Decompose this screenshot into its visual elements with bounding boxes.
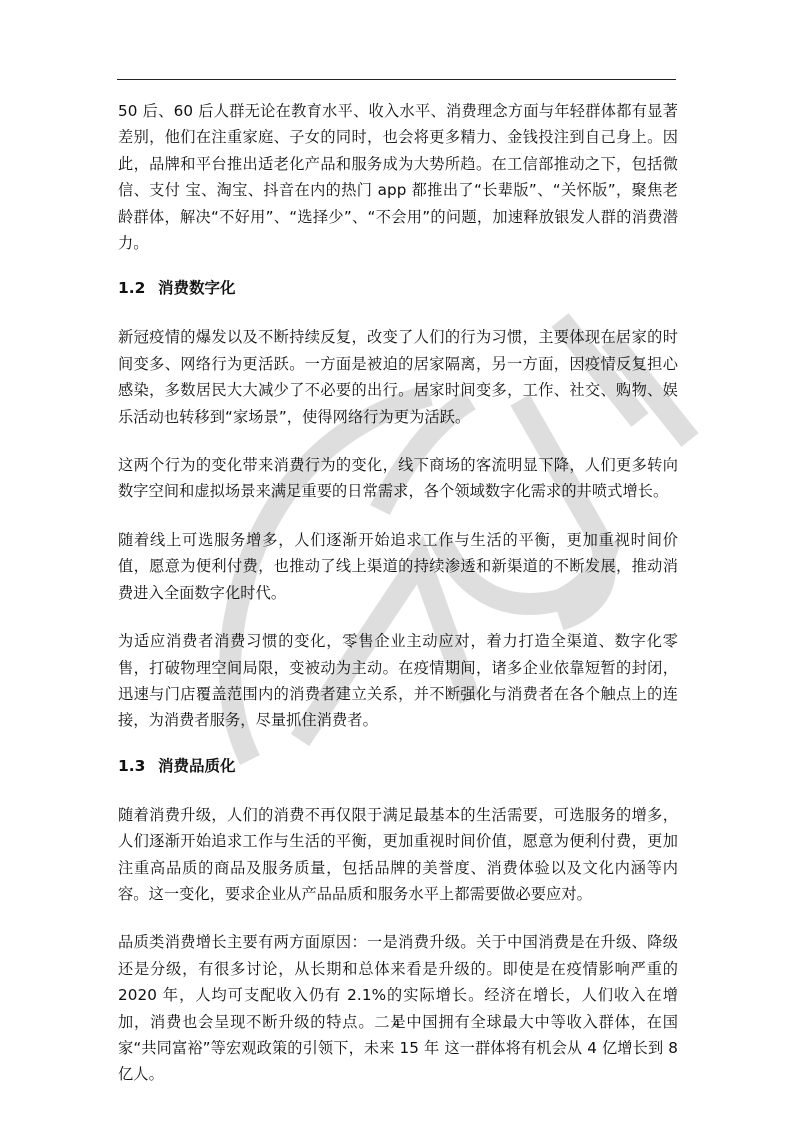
paragraph-consumption-upgrade: 随着消费升级，人们的消费不再仅限于满足最基本的生活需要，可选服务的增多，人们逐渐…	[118, 802, 678, 908]
paragraph-aging-consumers: 50 后、60 后人群无论在教育水平、收入水平、消费理念方面与年轻群体都有显著差…	[118, 98, 678, 256]
section-heading-1-3: 1.3消费品质化	[118, 754, 678, 778]
section-title: 消费品质化	[158, 757, 236, 775]
paragraph-pandemic-behavior: 新冠疫情的爆发以及不断持续反复，改变了人们的行为习惯，主要体现在居家的时间变多、…	[118, 324, 678, 430]
paragraph-retail-adaptation: 为适应消费者消费习惯的变化，零售企业主动应对，着力打造全渠道、数字化零售，打破物…	[118, 628, 678, 734]
paragraph-online-services: 随着线上可选服务增多，人们逐渐开始追求工作与生活的平衡，更加重视时间价值，愿意为…	[118, 527, 678, 606]
paragraph-quality-growth-reasons: 品质类消费增长主要有两方面原因：一是消费升级。关于中国消费是在升级、降级还是分级…	[118, 929, 678, 1087]
section-title: 消费数字化	[158, 279, 236, 297]
page-number: 4	[0, 1017, 793, 1030]
header-rule	[117, 79, 676, 80]
paragraph-digital-demand: 这两个行为的变化带来消费行为的变化，线下商场的客流明显下降，人们更多转向数字空间…	[118, 452, 678, 505]
section-number: 1.2	[118, 276, 158, 300]
document-body: 50 后、60 后人群无论在教育水平、收入水平、消费理念方面与年轻群体都有显著差…	[118, 98, 678, 1088]
section-heading-1-2: 1.2消费数字化	[118, 276, 678, 300]
section-number: 1.3	[118, 754, 158, 778]
